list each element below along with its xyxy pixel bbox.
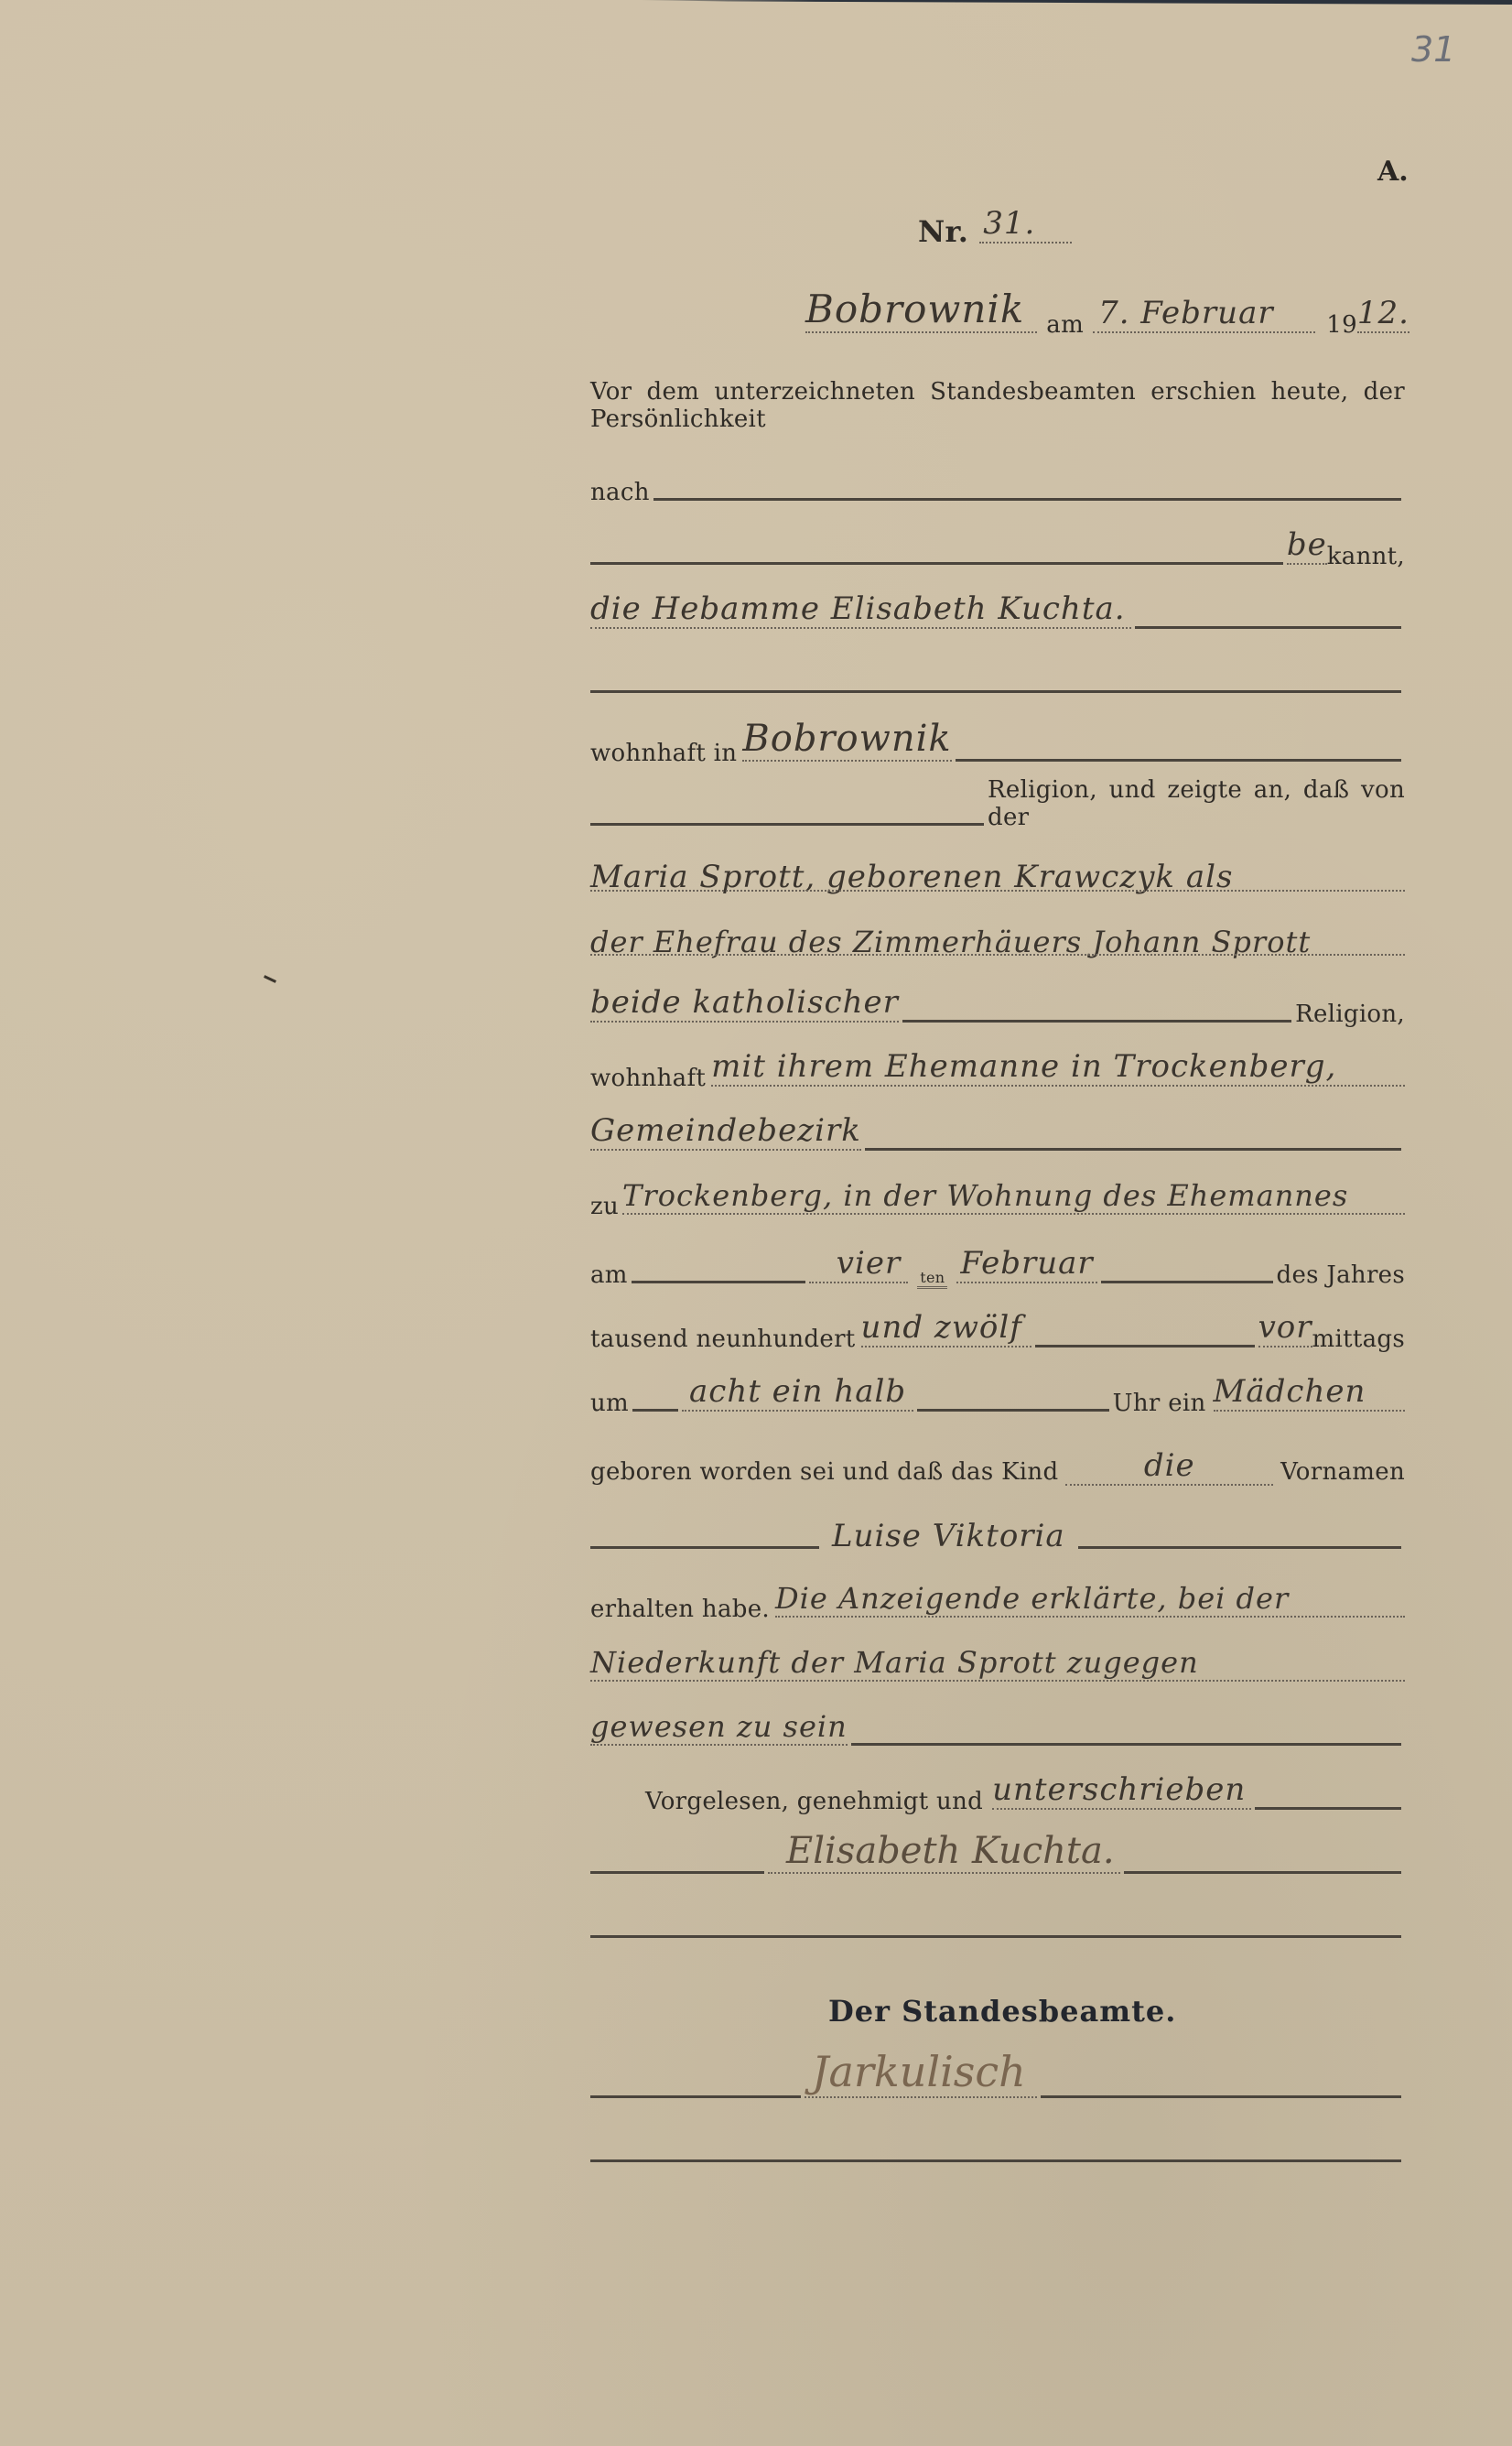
- vorgelesen-blank: [1255, 1807, 1401, 1810]
- month-blank: [1101, 1281, 1273, 1283]
- remark-line-3: gewesen zu sein: [590, 1707, 1405, 1751]
- birth-year-line: tausend neunhundert und zwölf vor mittag…: [590, 1309, 1405, 1353]
- remark-line1: Die Anzeigende erklärte, bei der: [775, 1581, 1405, 1618]
- am-label: am: [1046, 311, 1084, 339]
- um-label: um: [590, 1390, 629, 1417]
- gemeindebezirk-blank: [865, 1148, 1401, 1151]
- official-blank-right: [1041, 2095, 1401, 2098]
- blank-rule: [590, 690, 1401, 693]
- religion-line-label: Religion, und zeigte an, daß von der: [988, 776, 1405, 831]
- bekannt-blank: [590, 562, 1283, 565]
- religion-value: beide katholischer: [590, 984, 899, 1023]
- tausend-label: tausend neunhundert: [590, 1326, 856, 1353]
- religion-line: Religion, und zeigte an, daß von der: [590, 787, 1405, 831]
- bekannt-label: kannt,: [1327, 543, 1405, 570]
- mother-line2-dots: [590, 954, 1405, 956]
- die-handwritten: die: [1065, 1447, 1273, 1486]
- remark-line3: gewesen zu sein: [590, 1709, 848, 1746]
- remark-blank: [851, 1743, 1401, 1746]
- form-letter: A.: [1377, 156, 1409, 188]
- am-blank: [632, 1281, 805, 1283]
- zu-label: zu: [590, 1193, 619, 1220]
- religion-value-line: beide katholischer Religion,: [590, 984, 1405, 1028]
- uhr-ein-label: Uhr ein: [1113, 1390, 1206, 1417]
- sig-blank-left: [590, 1871, 764, 1874]
- vor-handwritten: vor: [1258, 1309, 1312, 1347]
- nr-label: Nr.: [918, 214, 968, 249]
- remark-line2: Niederkunft der Maria Sprott zugegen: [590, 1645, 1405, 1682]
- paper-speck: [264, 975, 276, 983]
- blank-line-3: [590, 2124, 1405, 2168]
- gemeindebezirk-line: Gemeindebezirk: [590, 1112, 1405, 1156]
- bekannt-handwritten: be: [1287, 526, 1327, 565]
- child-names-value: Luise Viktoria: [823, 1518, 1075, 1554]
- date-value: 7. Februar: [1093, 295, 1315, 333]
- intro-line: Vor dem unterzeichneten Standesbeamten e…: [590, 389, 1405, 433]
- residence-blank: [956, 759, 1401, 762]
- am-label: am: [590, 1261, 628, 1289]
- names-blank-right: [1078, 1546, 1401, 1549]
- wohnhaft-in-line: wohnhaft in Bobrownik: [590, 723, 1405, 767]
- vorgelesen-line: Vorgelesen, genehmigt und unterschrieben: [645, 1771, 1405, 1815]
- informant-blank: [1135, 626, 1401, 629]
- birth-year-words: und zwölf: [861, 1309, 1031, 1347]
- nach-label: nach: [590, 479, 650, 506]
- year-blank: [1035, 1345, 1255, 1347]
- erhalten-line: erhalten habe. Die Anzeigende erklärte, …: [590, 1579, 1405, 1623]
- nach-line: nach: [590, 462, 1405, 506]
- birth-time-line: um acht ein halb Uhr ein Mädchen: [590, 1373, 1405, 1417]
- birth-month-value: Februar: [956, 1245, 1096, 1283]
- informant-line: die Hebamme Elisabeth Kuchta.: [590, 590, 1405, 634]
- year-suffix: 12.: [1357, 295, 1409, 333]
- mother-line-1: Maria Sprott, geborenen Krawczyk als: [590, 851, 1405, 895]
- religion-blank: [590, 823, 984, 826]
- birth-place-value: Trockenberg, in der Wohnung des Ehemanne…: [622, 1178, 1405, 1215]
- official-signature: Jarkulisch: [805, 2047, 1037, 2098]
- page-number-pencil: 31: [1411, 29, 1455, 70]
- official-signature-line: Jarkulisch: [590, 2060, 1405, 2104]
- time-blank: [917, 1409, 1108, 1412]
- zu-line: zu Trockenberg, in der Wohnung des Ehema…: [590, 1176, 1405, 1220]
- place-value: Bobrownik: [805, 287, 1037, 333]
- ten-label: ten: [917, 1269, 947, 1289]
- official-blank-left: [590, 2095, 801, 2098]
- geboren-label: geboren worden sei und daß das Kind: [590, 1458, 1058, 1486]
- informant-signature: Elisabeth Kuchta.: [768, 1830, 1120, 1874]
- wohnhaft-line: wohnhaft mit ihrem Ehemanne in Trockenbe…: [590, 1048, 1405, 1092]
- blank-line-1: [590, 655, 1405, 698]
- remark-line-2: Niederkunft der Maria Sprott zugegen: [590, 1643, 1405, 1687]
- residence-value: Bobrownik: [742, 718, 951, 762]
- bekannt-line: be kannt,: [590, 526, 1405, 570]
- record-number-field: Nr. 31.: [918, 201, 1101, 249]
- vorgelesen-label: Vorgelesen, genehmigt und: [645, 1788, 983, 1815]
- intro-text: Vor dem unterzeichneten Standesbeamten e…: [590, 378, 1405, 433]
- mother-residence2: Gemeindebezirk: [590, 1112, 861, 1151]
- birth-time-value: acht ein halb: [682, 1373, 913, 1412]
- informant-value: die Hebamme Elisabeth Kuchta.: [590, 590, 1131, 629]
- birth-day-value: vier: [809, 1245, 908, 1283]
- sig-blank-right: [1124, 1871, 1401, 1874]
- official-title: Der Standesbeamte.: [828, 1994, 1176, 2029]
- names-blank-left: [590, 1546, 819, 1549]
- religion-label: Religion,: [1295, 1001, 1405, 1028]
- religion-value-blank: [902, 1020, 1291, 1023]
- vornamen-label: Vornamen: [1280, 1458, 1405, 1486]
- place-date-line: Bobrownik am 7. Februar 19 12.: [805, 284, 1409, 339]
- erhalten-label: erhalten habe.: [590, 1596, 770, 1623]
- wohnhaft-label: wohnhaft: [590, 1065, 706, 1092]
- mother-line-2: der Ehefrau des Zimmerhäuers Johann Spro…: [590, 915, 1405, 959]
- mother-line1-dots: [590, 890, 1405, 892]
- wohnhaft-in-label: wohnhaft in: [590, 740, 737, 767]
- birth-date-line: am vier ten Februar des Jahres: [590, 1245, 1405, 1289]
- child-names-line: Luise Viktoria: [590, 1510, 1405, 1554]
- year-prefix: 19: [1326, 311, 1357, 339]
- scan-edge-shadow: [641, 0, 1512, 5]
- blank-rule-3: [590, 2159, 1401, 2162]
- um-blank: [632, 1409, 678, 1412]
- child-sex-value: Mädchen: [1214, 1373, 1405, 1412]
- informant-signature-line: Elisabeth Kuchta.: [590, 1835, 1405, 1879]
- mother-residence1: mit ihrem Ehemanne in Trockenberg,: [711, 1048, 1405, 1087]
- nach-blank: [653, 498, 1401, 501]
- nr-value: 31.: [979, 205, 1072, 244]
- blank-line-2: [590, 1899, 1405, 1943]
- des-jahres-label: des Jahres: [1277, 1261, 1405, 1289]
- vorgelesen-value: unterschrieben: [992, 1771, 1251, 1810]
- blank-rule-2: [590, 1935, 1401, 1938]
- geboren-line: geboren worden sei und daß das Kind die …: [590, 1442, 1405, 1486]
- mittags-label: mittags: [1312, 1326, 1405, 1353]
